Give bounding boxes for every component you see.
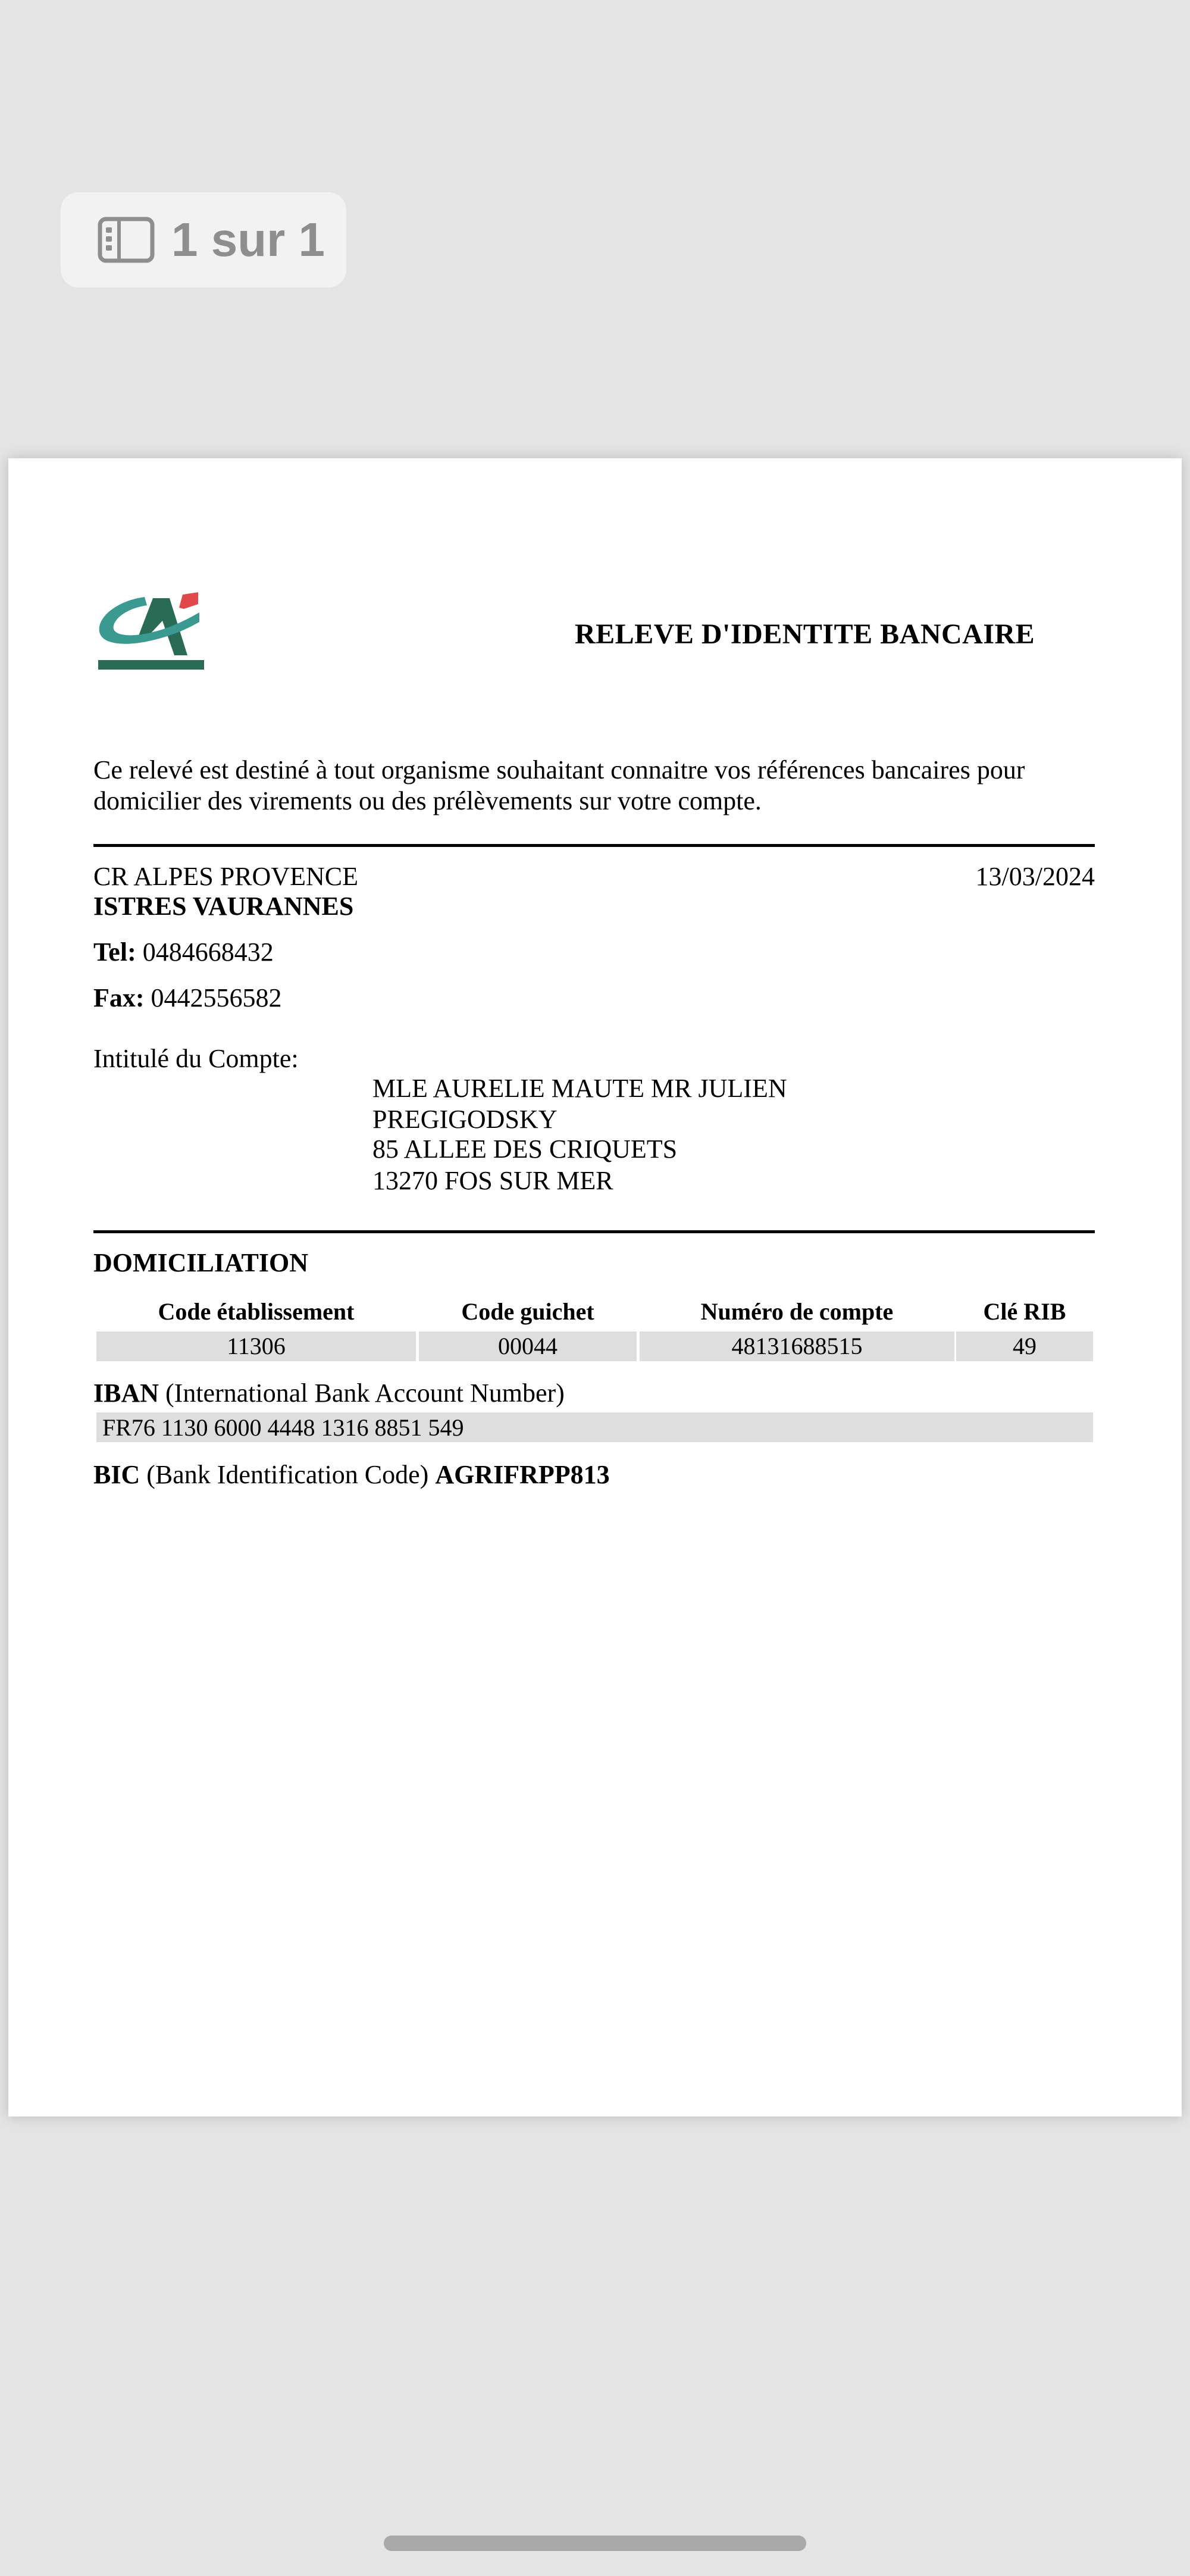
tel-label: Tel: <box>93 937 136 967</box>
iban-label-abbr: IBAN <box>93 1378 159 1408</box>
bic-line: BIC (Bank Identification Code) AGRIFRPP8… <box>93 1459 610 1490</box>
account-holder-line: PREGIGODSKY <box>372 1104 557 1135</box>
bic-description: (Bank Identification Code) <box>146 1460 428 1489</box>
column-header: Code guichet <box>419 1298 637 1325</box>
column-header: Code établissement <box>96 1298 416 1325</box>
page-indicator-text: 1 sur 1 <box>171 212 325 267</box>
code-etablissement-value: 11306 <box>96 1331 416 1361</box>
page-indicator[interactable]: 1 sur 1 <box>61 192 346 287</box>
column-header: Clé RIB <box>956 1298 1093 1325</box>
document-page: RELEVE D'IDENTITE BANCAIRE Ce relevé est… <box>8 458 1182 2117</box>
divider <box>93 1230 1095 1233</box>
fax-value: 0442556582 <box>151 983 282 1012</box>
bank-branch: ISTRES VAURANNES <box>93 891 353 922</box>
domiciliation-heading: DOMICILIATION <box>93 1248 308 1278</box>
account-holder-line: 13270 FOS SUR MER <box>372 1165 613 1196</box>
bic-label: BIC <box>93 1460 140 1489</box>
bic-value: AGRIFRPP813 <box>435 1460 609 1489</box>
iban-label: IBAN (International Bank Account Number) <box>93 1378 565 1409</box>
iban-value: FR76 1130 6000 4448 1316 8851 549 <box>96 1412 1093 1442</box>
document-title: RELEVE D'IDENTITE BANCAIRE <box>575 618 1035 651</box>
document-date: 13/03/2024 <box>976 861 1095 892</box>
intro-line-1: Ce relevé est destiné à tout organisme s… <box>93 755 1025 786</box>
code-guichet-value: 00044 <box>419 1331 637 1361</box>
bank-tel: Tel: 0484668432 <box>93 937 274 968</box>
cle-rib-value: 49 <box>956 1331 1093 1361</box>
credit-agricole-logo <box>93 591 210 673</box>
divider <box>93 844 1095 847</box>
intro-line-2: domicilier des virements ou des prélèvem… <box>93 786 762 817</box>
numero-compte-value: 48131688515 <box>640 1331 954 1361</box>
bank-fax: Fax: 0442556582 <box>93 983 282 1014</box>
bank-name: CR ALPES PROVENCE <box>93 861 358 892</box>
column-header: Numéro de compte <box>640 1298 954 1325</box>
account-holder-label: Intitulé du Compte: <box>93 1043 299 1074</box>
tel-value: 0484668432 <box>143 937 274 967</box>
home-indicator[interactable] <box>384 2536 806 2551</box>
fax-label: Fax: <box>93 983 145 1012</box>
account-holder-line: MLE AURELIE MAUTE MR JULIEN <box>372 1073 787 1104</box>
iban-label-description: (International Bank Account Number) <box>165 1378 565 1408</box>
account-holder-line: 85 ALLEE DES CRIQUETS <box>372 1134 677 1165</box>
sidebar-icon <box>98 217 155 263</box>
